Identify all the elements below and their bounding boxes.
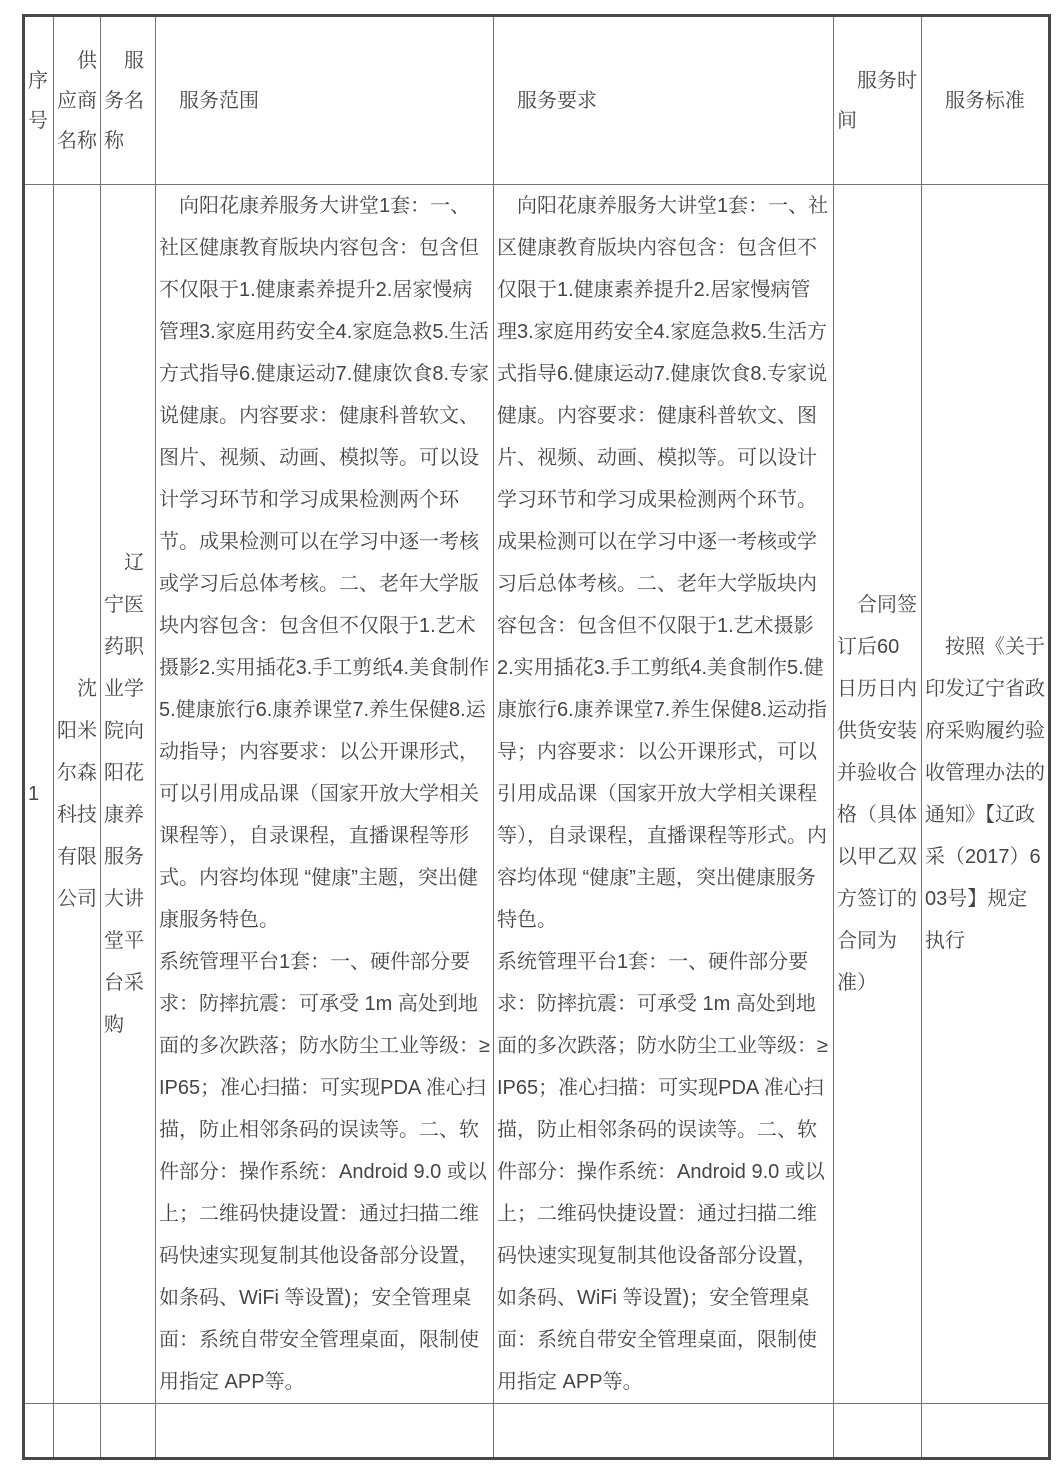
- service-time: 合同签订后60日历日内供货安装并验收合格（具体以甲乙双方签订的合同为准）: [837, 584, 918, 1004]
- header-label-requirements: 服务要求: [497, 81, 830, 121]
- cell-scope: 向阳花康养服务大讲堂1套：一、社区健康教育版块内容包含：包含但不仅限于1.健康素…: [156, 185, 494, 1404]
- table-row: 1 沈阳米尔森科技有限公司 辽宁医药职业学院向阳花康养服务大讲堂平台采购 向阳花…: [24, 185, 1050, 1404]
- header-cell-supplier: 供应商名称: [54, 16, 101, 185]
- cell-requirements: 向阳花康养服务大讲堂1套：一、社区健康教育版块内容包含：包含但不仅限于1.健康素…: [494, 185, 834, 1404]
- empty-cell-seq: [24, 1404, 54, 1459]
- empty-cell-scope: [156, 1404, 494, 1459]
- empty-cell-service-name: [101, 1404, 156, 1459]
- empty-cell-requirements: [494, 1404, 834, 1459]
- service-name: 辽宁医药职业学院向阳花康养服务大讲堂平台采购: [104, 542, 152, 1046]
- supplier-name: 沈阳米尔森科技有限公司: [57, 668, 97, 920]
- header-label-standard: 服务标准: [925, 81, 1045, 121]
- header-label-supplier: 供应商名称: [57, 41, 97, 161]
- cell-supplier: 沈阳米尔森科技有限公司: [54, 185, 101, 1404]
- header-cell-requirements: 服务要求: [494, 16, 834, 185]
- cell-time: 合同签订后60日历日内供货安装并验收合格（具体以甲乙双方签订的合同为准）: [834, 185, 922, 1404]
- header-label-service-name: 服务名称: [104, 41, 152, 161]
- cell-seq: 1: [24, 185, 54, 1404]
- header-label-seq: 序号: [28, 61, 50, 141]
- service-standard: 按照《关于印发辽宁省政府采购履约验收管理办法的通知》【辽政采（2017）603号…: [925, 626, 1045, 962]
- header-cell-seq: 序号: [24, 16, 54, 185]
- scope-paragraph-1: 向阳花康养服务大讲堂1套：一、社区健康教育版块内容包含：包含但不仅限于1.健康素…: [159, 185, 490, 941]
- empty-table-row: [24, 1404, 1050, 1459]
- cell-standard: 按照《关于印发辽宁省政府采购履约验收管理办法的通知》【辽政采（2017）603号…: [922, 185, 1050, 1404]
- scope-paragraph-2: 系统管理平台1套：一、硬件部分要求：防摔抗震：可承受 1m 高处到地面的多次跌落…: [159, 941, 490, 1403]
- header-label-scope: 服务范围: [159, 81, 490, 121]
- cell-service-name: 辽宁医药职业学院向阳花康养服务大讲堂平台采购: [101, 185, 156, 1404]
- header-cell-standard: 服务标准: [922, 16, 1050, 185]
- document-page: 序号 供应商名称 服务名称 服务范围 服务要求 服务时间 服务标: [0, 0, 1062, 1471]
- requirements-paragraph-2: 系统管理平台1套：一、硬件部分要求：防摔抗震：可承受 1m 高处到地面的多次跌落…: [497, 941, 830, 1403]
- requirements-paragraph-1: 向阳花康养服务大讲堂1套：一、社区健康教育版块内容包含：包含但不仅限于1.健康素…: [497, 185, 830, 941]
- empty-cell-time: [834, 1404, 922, 1459]
- empty-cell-standard: [922, 1404, 1050, 1459]
- header-label-time: 服务时间: [837, 61, 918, 141]
- table-header-row: 序号 供应商名称 服务名称 服务范围 服务要求 服务时间 服务标: [24, 16, 1050, 185]
- procurement-service-table: 序号 供应商名称 服务名称 服务范围 服务要求 服务时间 服务标: [22, 14, 1051, 1460]
- empty-cell-supplier: [54, 1404, 101, 1459]
- header-cell-time: 服务时间: [834, 16, 922, 185]
- header-cell-service-name: 服务名称: [101, 16, 156, 185]
- header-cell-scope: 服务范围: [156, 16, 494, 185]
- seq-value: 1: [28, 773, 50, 815]
